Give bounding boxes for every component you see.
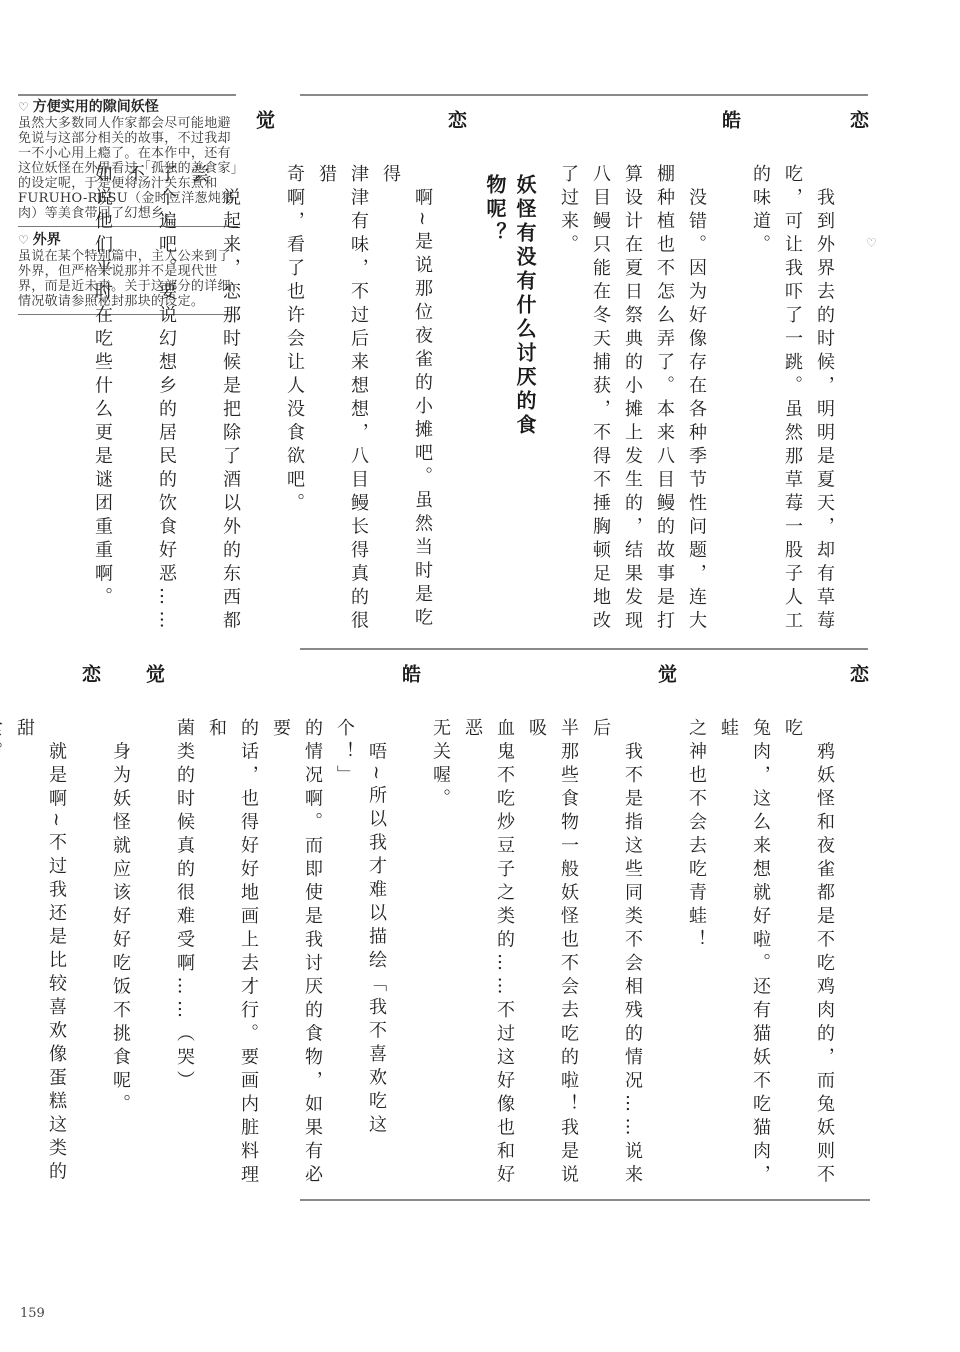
speaker-label: 觉 [648,664,680,1194]
speaker-label: 觉 [246,110,278,640]
speaker-label: 皓 [392,664,424,1194]
bottom-dialogue-panel: 恋 鸦妖怪和夜雀都是不吃鸡肉的，而兔妖则不吃 兔肉，这么来想就好啦。还有猫妖不吃… [300,664,872,1194]
heart-icon: ♡ [18,100,29,114]
dialogue-text: 唔~所以我才难以描绘「我不喜欢吃这个！」 的情况啊。而即使是我讨厌的食物，如果有… [168,718,392,1194]
speaker-label: 恋 [438,110,470,640]
section-question-heading: 妖怪有没有什么讨厌的食 物呢？ [480,174,540,640]
heart-icon: ♡ [866,236,877,250]
dialogue-block: 觉 身为妖怪就应该好好吃饭不挑食呢。 [104,664,168,1194]
dialogue-text: 就是啊~不过我还是比较喜欢像蛋糕这类的甜 食。 [0,718,72,1194]
dialogue-block: 皓 唔~所以我才难以描绘「我不喜欢吃这个！」 的情况啊。而即使是我讨厌的食物，如… [168,664,424,1194]
dialogue-block: 恋 鸦妖怪和夜雀都是不吃鸡肉的，而兔妖则不吃 兔肉，这么来想就好啦。还有猫妖不吃… [680,664,872,1194]
note-title: 外界 [33,232,61,248]
dialogue-block: 恋 就是啊~不过我还是比较喜欢像蛋糕这类的甜 食。 [0,664,104,1194]
dialogue-text: 说起来，恋那时候是把除了酒以外的东西都尝 了个遍吧。要说幻想乡的居民的饮食好恶…… [86,164,246,640]
dialogue-block: 恋 我到外界去的时候，明明是夏天，却有草莓 吃，可让我吓了一跳。虽然那草莓一股子… [744,110,872,640]
top-dialogue-panel: 恋 我到外界去的时候，明明是夏天，却有草莓 吃，可让我吓了一跳。虽然那草莓一股子… [300,110,872,640]
dialogue-text: 没错。因为好像存在各种季节性问题，连大 棚种植也不怎么弄了。本来八目鳗的故事是打… [552,164,712,640]
speaker-label: 觉 [136,664,168,1194]
dialogue-block: 恋 啊~是说那位夜雀的小摊吧。虽然当时是吃得 津津有味，不过后来想想，八目鳗长得… [278,110,470,640]
dialogue-text: 身为妖怪就应该好好吃饭不挑食呢。 [104,718,136,1194]
dialogue-text: 我到外界去的时候，明明是夏天，却有草莓 吃，可让我吓了一跳。虽然那草莓一股子人工… [744,164,840,640]
speaker-label: 恋 [840,110,872,640]
dialogue-block: 觉 说起来，恋那时候是把除了酒以外的东西都尝 了个遍吧。要说幻想乡的居民的饮食好… [86,110,278,640]
dialogue-block: 觉 我不是指这些同类不会相残的情况……说来后 半那些食物一般妖怪也不会去吃的啦！… [424,664,680,1194]
speaker-label: 恋 [72,664,104,1194]
top-panel-rule [300,94,868,96]
dialogue-text: 我不是指这些同类不会相残的情况……说来后 半那些食物一般妖怪也不会去吃的啦！我是… [424,718,648,1194]
dialogue-text: 鸦妖怪和夜雀都是不吃鸡肉的，而兔妖则不吃 兔肉，这么来想就好啦。还有猫妖不吃猫肉… [680,718,840,1194]
bottom-rule [300,1199,870,1201]
dialogue-block: 皓 没错。因为好像存在各种季节性问题，连大 棚种植也不怎么弄了。本来八目鳗的故事… [552,110,744,640]
page-number: 159 [20,1306,45,1321]
speaker-label: 恋 [840,664,872,1194]
speaker-label: 皓 [712,110,744,640]
middle-rule [300,648,868,650]
heart-icon: ♡ [18,233,29,247]
dialogue-text: 啊~是说那位夜雀的小摊吧。虽然当时是吃得 津津有味，不过后来想想，八目鳗长得真的… [278,164,438,640]
